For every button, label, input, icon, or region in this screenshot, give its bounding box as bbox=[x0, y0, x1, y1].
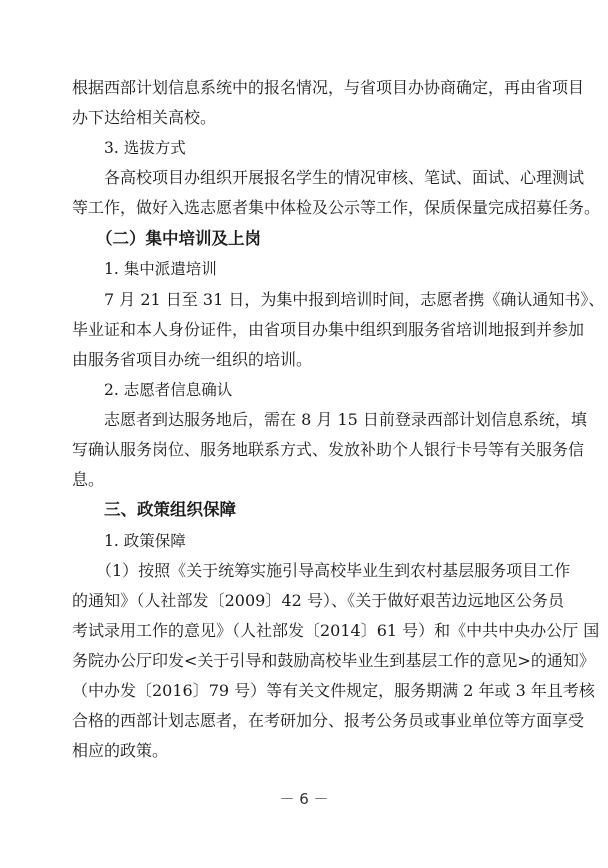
paragraph-line: 合格的西部计划志愿者，在考研加分、报考公务员或事业单位等方面享受 bbox=[72, 706, 564, 736]
paragraph-line: 根据西部计划信息系统中的报名情况，与省项目办协商确定，再由省项目 bbox=[72, 73, 564, 103]
page-number: － 6 － bbox=[0, 788, 608, 809]
section-subheading: 1. 集中派遣培训 bbox=[104, 254, 564, 284]
paragraph-line: 等工作，做好入选志愿者集中体检及公示等工作，保质保量完成招募任务。 bbox=[72, 193, 564, 223]
paragraph-line: （1）按照《关于统筹实施引导高校毕业生到农村基层服务项目工作 bbox=[96, 556, 564, 586]
paragraph-line: 办下达给相关高校。 bbox=[72, 103, 564, 133]
section-heading: （二）集中培训及上岗 bbox=[96, 224, 556, 254]
paragraph-line: 息。 bbox=[72, 465, 564, 495]
paragraph-line: （中办发〔2016〕79 号）等有关文件规定，服务期满 2 年或 3 年且考核 bbox=[72, 676, 564, 706]
section-heading: 三、政策组织保障 bbox=[104, 495, 564, 525]
document-page: 根据西部计划信息系统中的报名情况，与省项目办协商确定，再由省项目 办下达给相关高… bbox=[0, 0, 608, 868]
paragraph-line: 由服务省项目办统一组织的培训。 bbox=[72, 345, 564, 375]
paragraph-line: 写确认服务岗位、服务地联系方式、发放补助个人银行卡号等有关服务信 bbox=[72, 435, 564, 465]
paragraph-line: 的通知》（人社部发〔2009〕42 号）、《关于做好艰苦边远地区公务员 bbox=[72, 586, 564, 616]
paragraph-line: 考试录用工作的意见》（人社部发〔2014〕61 号）和《中共中央办公厅 国 bbox=[72, 616, 564, 646]
paragraph-line: 相应的政策。 bbox=[72, 736, 564, 766]
paragraph-line: 毕业证和本人身份证件，由省项目办集中组织到服务省培训地报到并参加 bbox=[72, 315, 564, 345]
paragraph-line: 务院办公厅印发<关于引导和鼓励高校毕业生到基层工作的意见>的通知》 bbox=[72, 646, 564, 676]
section-subheading: 3. 选拔方式 bbox=[104, 133, 564, 163]
paragraph-line: 志愿者到达服务地后，需在 8 月 15 日前登录西部计划信息系统，填 bbox=[104, 405, 564, 435]
section-subheading: 1. 政策保障 bbox=[104, 526, 564, 556]
paragraph-line: 各高校项目办组织开展报名学生的情况审核、笔试、面试、心理测试 bbox=[104, 163, 564, 193]
section-subheading: 2. 志愿者信息确认 bbox=[104, 375, 564, 405]
paragraph-line: 7 月 21 日至 31 日，为集中报到培训时间，志愿者携《确认通知书》、 bbox=[104, 285, 564, 315]
